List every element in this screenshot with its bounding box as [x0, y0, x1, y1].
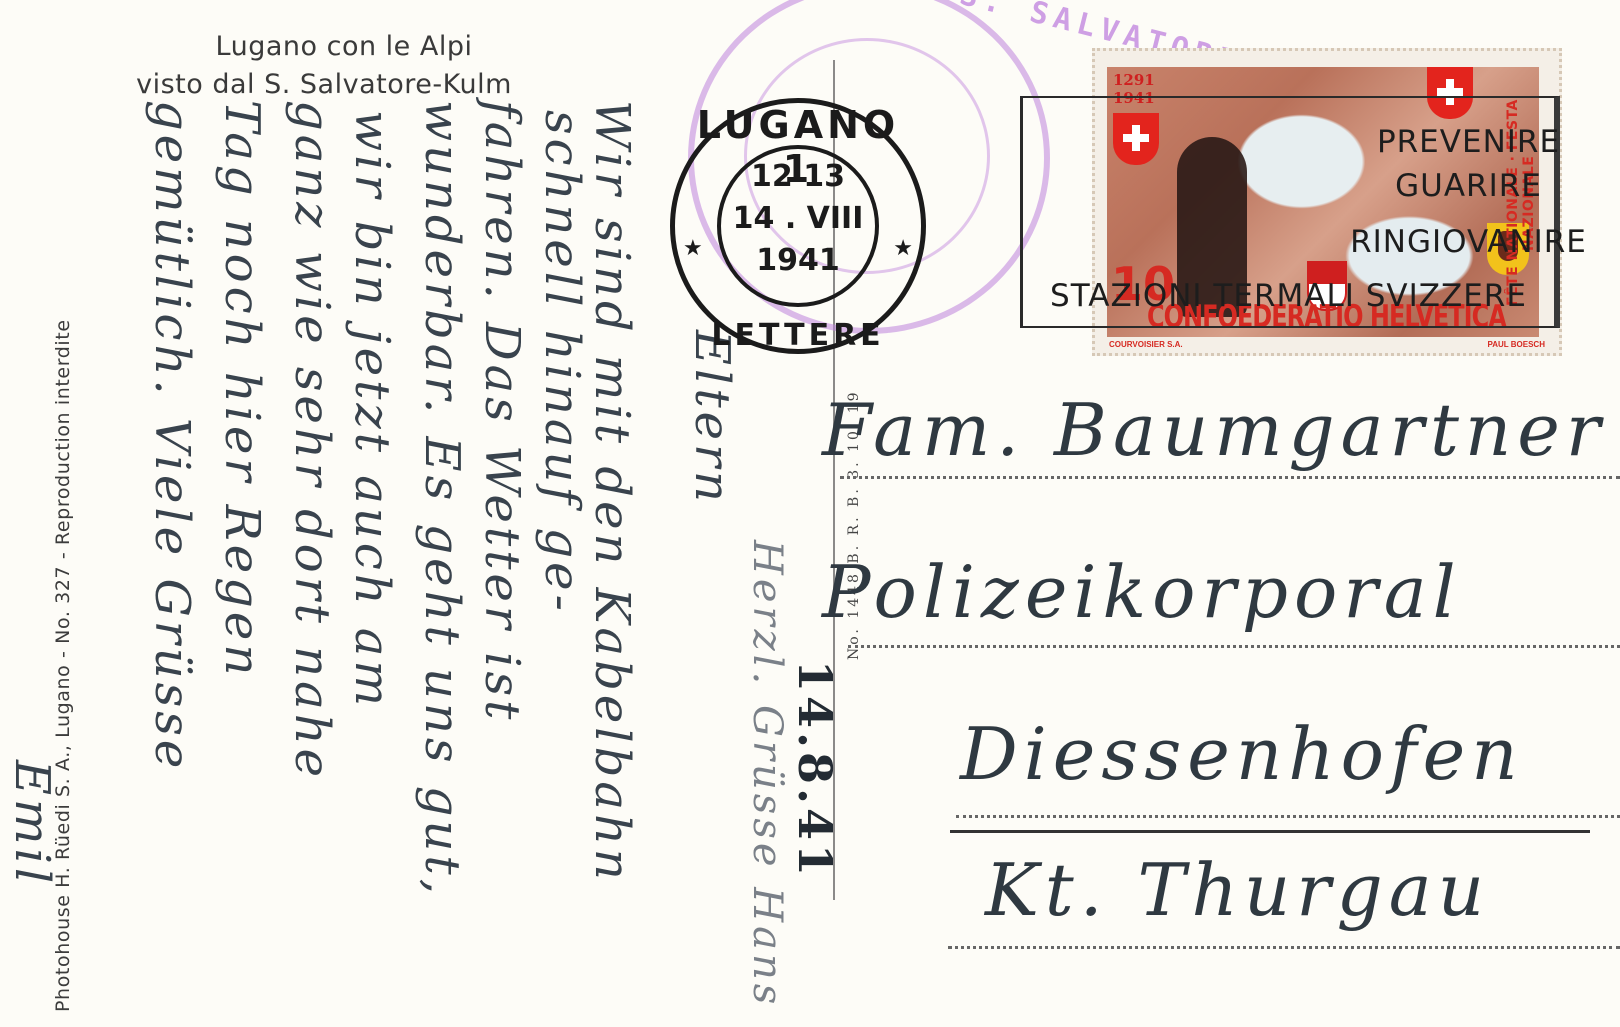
- postmark-date: 14 . VIII: [721, 201, 875, 236]
- star-icon: ★: [683, 235, 703, 261]
- address-line: Diessenhofen: [960, 712, 1524, 796]
- message-column: wir bin jetzt auch am: [344, 110, 400, 710]
- postmark-inner-ring: 12 13 14 . VIII 1941: [717, 145, 879, 307]
- postmark-time: 12 13: [721, 159, 875, 194]
- message-column: fahren. Das Wetter ist: [474, 100, 530, 723]
- address-line: Fam. Baumgartner: [822, 388, 1606, 472]
- address-line: Polizeikorporal: [822, 550, 1462, 634]
- slogan-line: PREVENIRE: [1023, 124, 1620, 160]
- address-solid-rule: [950, 830, 1590, 833]
- message-column: Eltern: [684, 330, 740, 506]
- caption-line-2: visto dal S. Salvatore-Kulm: [84, 66, 564, 104]
- message-column: Wir sind mit den Kabelbahn: [584, 100, 640, 884]
- message-signature: Emil: [4, 760, 60, 887]
- message-column: gemütlich. Viele Grüsse: [144, 100, 200, 772]
- address-dotted-rule: [956, 815, 1620, 818]
- postmark-year: 1941: [721, 243, 875, 278]
- message-column: Tag noch hier Regen: [214, 100, 270, 679]
- postmark-type: LETTERE: [675, 318, 921, 353]
- slogan-cancellation: PREVENIRE GUARIRE RINGIOVANIRE STAZIONI …: [1020, 96, 1560, 328]
- slogan-line: STAZIONI TERMALI SVIZZERE: [1023, 278, 1554, 314]
- message-column: schnell hinauf ge-: [534, 110, 590, 615]
- slogan-line: RINGIOVANIRE: [1023, 224, 1620, 260]
- message-greeting: Herzl. Grüsse Hans: [744, 540, 790, 1008]
- star-icon: ★: [893, 235, 913, 261]
- address-dotted-rule: [948, 946, 1620, 949]
- address-line: Kt. Thurgau: [985, 848, 1490, 932]
- message-column: ganz wie sehr dort nahe: [284, 100, 340, 781]
- postcard-back: Lugano con le Alpi visto dal S. Salvator…: [0, 0, 1620, 1027]
- postmark: LUGANO 1 12 13 14 . VIII 1941 ★ ★ LETTER…: [670, 98, 926, 354]
- slogan-line: GUARIRE: [1023, 168, 1620, 204]
- address-dotted-rule: [840, 476, 1620, 479]
- publisher-imprint: Photohouse H. Rüedi S. A., Lugano - No. …: [52, 319, 74, 1012]
- message-column: wunderbar. Es geht uns gut,: [414, 100, 470, 898]
- postcard-caption: Lugano con le Alpi visto dal S. Salvator…: [84, 28, 564, 104]
- address-dotted-rule: [848, 645, 1620, 648]
- stamp-artist: PAUL BOESCH: [1488, 340, 1546, 349]
- caption-line-1: Lugano con le Alpi: [84, 28, 564, 66]
- stamp-printer: COURVOISIER S.A.: [1109, 340, 1183, 349]
